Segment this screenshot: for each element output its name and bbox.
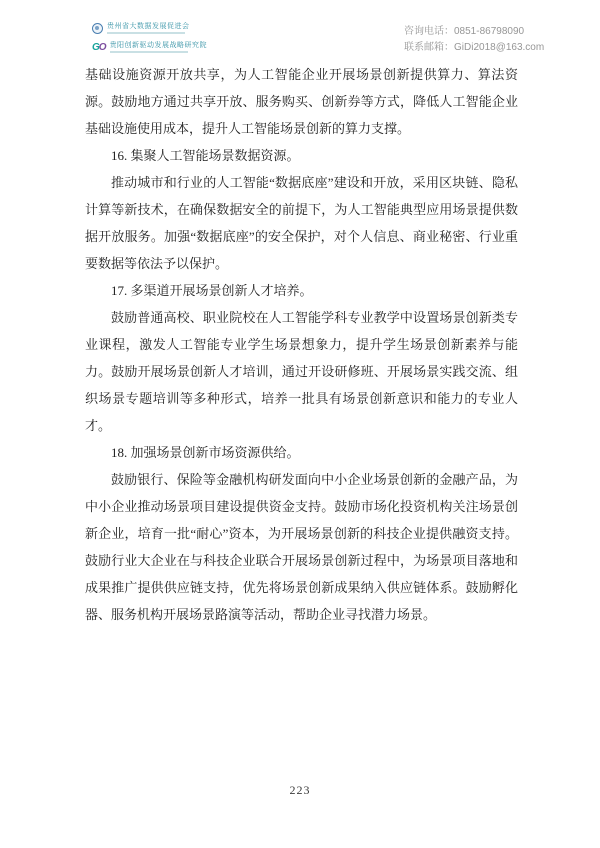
- logo-institute: GO 贵阳创新驱动发展战略研究院: [92, 40, 207, 54]
- header-logos: 贵州省大数据发展促进会 GO 贵阳创新驱动发展战略研究院: [92, 21, 207, 59]
- logo-association: 贵州省大数据发展促进会: [92, 21, 207, 35]
- institute-logo-title: 贵阳创新驱动发展战略研究院: [110, 42, 208, 50]
- heading-item-16: 16. 集聚人工智能场景数据资源。: [85, 142, 518, 169]
- contact-email-label: 联系邮箱：: [404, 42, 454, 53]
- association-logo-title: 贵州省大数据发展促进会: [107, 23, 190, 31]
- page-number: 223: [0, 783, 600, 798]
- paragraph-item-17: 鼓励普通高校、职业院校在人工智能学科专业教学中设置场景创新类专业课程，激发人工智…: [85, 304, 518, 439]
- document-page: 贵州省大数据发展促进会 GO 贵阳创新驱动发展战略研究院 咨询电话：0851-8…: [0, 0, 600, 848]
- heading-item-18: 18. 加强场景创新市场资源供给。: [85, 439, 518, 466]
- association-logo-subtitle-line: [107, 32, 185, 34]
- contact-phone-label: 咨询电话：: [404, 26, 454, 37]
- contact-phone-value: 0851-86798090: [454, 26, 524, 37]
- paragraph-item-16: 推动城市和行业的人工智能“数据底座”建设和开放，采用区块链、隐私计算等新技术，在…: [85, 169, 518, 277]
- gidi-logo-icon: GO: [92, 42, 106, 53]
- contact-phone-line: 咨询电话：0851-86798090: [404, 24, 544, 40]
- heading-item-17: 17. 多渠道开展场景创新人才培养。: [85, 277, 518, 304]
- document-body: 基础设施资源开放共享，为人工智能企业开展场景创新提供算力、算法资源。鼓励地方通过…: [85, 61, 518, 628]
- association-emblem-icon: [92, 23, 103, 34]
- paragraph-continuation: 基础设施资源开放共享，为人工智能企业开展场景创新提供算力、算法资源。鼓励地方通过…: [85, 61, 518, 142]
- institute-logo-subtitle-line: [110, 51, 188, 53]
- contact-email-value: GiDi2018@163.com: [454, 42, 544, 53]
- paragraph-item-18: 鼓励银行、保险等金融机构研发面向中小企业场景创新的金融产品，为中小企业推动场景项…: [85, 466, 518, 628]
- header-contact: 咨询电话：0851-86798090 联系邮箱：GiDi2018@163.com: [404, 24, 544, 56]
- contact-email-line: 联系邮箱：GiDi2018@163.com: [404, 40, 544, 56]
